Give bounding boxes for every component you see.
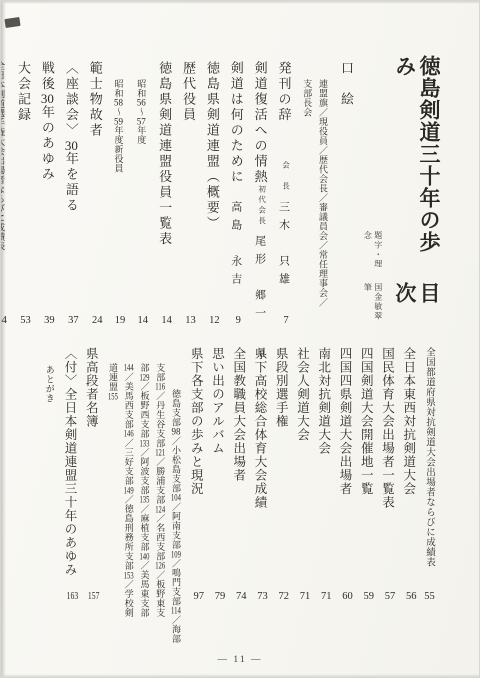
toc-entry-label: 四国四県剣道大会出場者 [337,347,353,496]
toc-entry-label: 〈付〉全日本剣道連盟三十年のあゆみ [62,347,78,577]
toc-entry-label: 範士物故者 [86,61,103,139]
spacer [188,496,204,581]
toc-entry: 昭和58〜59年度新役員19 [110,53,126,325]
toc-entry: 全国都道府県対抗剣道大会出場者ならびに成績表55 [422,339,435,601]
spacer [110,173,126,305]
toc-page-number: 73 [252,591,268,602]
toc-heading: 目次 [393,282,441,325]
toc-entry: 県下高校総合体育大会成績73 [252,339,268,601]
toc-page-number: 79 [209,591,225,602]
toc-page-number: 54 [0,315,7,326]
spacer [41,403,57,601]
toc-entry: 県段別選手権72 [273,339,289,601]
author-title: 初代会長 [251,185,268,227]
toc-entry: 〈付〉全日本剣道連盟三十年のあゆみ163 [62,339,78,601]
toc-entry: 全国教職員大会出場者74 [230,339,246,601]
toc-entry-label: 〈座談会〉30年を語る [62,61,79,214]
toc-entry: 県高段者名簿157 [83,339,99,601]
toc-entry-label: 全日本東西対抗剣道大会 [400,347,416,496]
spacer [358,496,374,581]
toc-entry-label: 徳島県剣道連盟（概要） [203,61,220,232]
spacer [315,455,331,581]
toc-entry: 全日本剣道選手権大会出場者ならびに成績表54 [0,53,7,325]
toc-entry: 大会記録53 [14,53,31,325]
toc-branch-list-entry: 徳島支部98／小松島支部104／阿南支部109／鳴門支部114／海部支部116／… [104,339,183,657]
scan-top-edge [1,1,479,4]
spacer [294,442,310,581]
author-name: 高島 永吉 [227,201,244,291]
toc-entry: 四国四県剣道大会出場者60 [337,339,353,601]
toc-entry-label: 県下高校総合体育大会成績 [252,347,268,509]
spacer [230,482,246,581]
toc-entry: 〈座談会〉30年を語る37 [62,53,79,325]
toc-entry-label: 思い出のアルバム [209,347,225,455]
toc-entry-label: 戦後30年のあゆみ [38,61,55,183]
toc-entry: 思い出のアルバム79 [209,339,225,601]
toc-branch-list-entry: 連盟旗／現役員／歴代会長／審議員会／常任理事会／支部長会 [299,53,331,325]
document-title-column: 徳島剣道三十年の歩み 目次 [393,53,441,325]
toc-entry-label: 国民体育大会出場者一覧表 [379,347,395,509]
toc-page: 徳島剣道三十年の歩み 目次 題字・理念 国金敏翠筆 口 絵連盟旗／現役員／歴代会… [0,0,480,678]
toc-page-number: 97 [188,591,204,602]
toc-entry-label: あとがき [41,365,57,403]
spacer [337,108,354,326]
toc-entry: 発刊の辞会 長三木 只雄7 [275,53,292,325]
toc-entry-label: 全日本剣道選手権大会出場者ならびに成績表 [0,61,7,251]
spacer [273,428,289,581]
toc-page-number: 37 [62,315,79,326]
toc-entry: 歴代役員13 [179,53,196,325]
toc-entry: 徳島県剣道連盟（概要）12 [203,53,220,325]
spacer [38,183,55,305]
spacer [179,123,196,305]
author-title: 会 長 [275,161,292,193]
toc-page-number: 14 [155,315,172,326]
folio-page-number: — 11 — [1,655,479,665]
toc-entry-label: 昭和58〜59年度新役員 [110,79,126,173]
toc-entry: あとがき [41,339,57,601]
toc-page-number: 60 [337,591,353,602]
toc-lower-section: 全国都道府県対抗剣道大会出場者ならびに成績表55全日本東西対抗剣道大会56国民体… [15,339,435,601]
toc-page-number: 59 [358,591,374,602]
spacer [62,577,78,581]
author-name: 三木 只雄 [275,201,292,291]
spacer [86,139,103,305]
toc-entry: 社会人剣道大会71 [294,339,310,601]
spacer [155,247,172,305]
toc-entry-label: 剣道復活への情熱 [251,61,268,185]
spacer [252,509,268,581]
spacer [132,145,148,305]
toc-upper-section: 徳島剣道三十年の歩み 目次 題字・理念 国金敏翠筆 口 絵連盟旗／現役員／歴代会… [27,53,441,325]
toc-page-number: 56 [400,591,416,602]
toc-entry: 剣道復活への情熱初代会長尾形 郷一8 [251,53,268,325]
toc-page-number: 13 [179,315,196,326]
toc-entry: 範士物故者24 [86,53,103,325]
toc-entry-label: 社会人剣道大会 [294,347,310,442]
spacer [203,232,220,305]
spacer [227,185,244,201]
toc-page-number: 7 [275,315,292,326]
toc-entry: 戦後30年のあゆみ39 [38,53,55,325]
toc-page-number: 39 [38,315,55,326]
toc-entry-label: 県高段者名簿 [83,347,99,428]
spacer [400,496,416,581]
toc-entry-label: 県段別選手権 [273,347,289,428]
author-name: 尾形 郷一 [251,235,268,325]
toc-entry: 県下各支部の歩みと現況97 [188,339,204,601]
toc-entry: 南北対抗剣道大会71 [315,339,331,601]
toc-entry: 国民体育大会出場者一覧表57 [379,339,395,601]
toc-page-number: 71 [294,591,310,602]
spacer [422,567,435,581]
toc-entry-label: 全国都道府県対抗剣道大会出場者ならびに成績表 [422,347,435,567]
toc-entry-label: 歴代役員 [179,61,196,123]
title-note-line1: 題字・理念 [362,231,383,274]
title-calligraphy-note: 題字・理念 国金敏翠筆 [362,53,383,325]
toc-entry-label: 口 絵 [337,61,354,108]
toc-entry-label: 徳島支部98／小松島支部104／阿南支部109／鳴門支部114／海部支部116／… [104,363,183,644]
toc-entry-label: 発刊の辞 [275,61,292,123]
spacer [14,123,31,305]
toc-entry-label: 南北対抗剣道大会 [315,347,331,455]
toc-page-number: 71 [315,591,331,602]
toc-entry-label: 全国教職員大会出場者 [230,347,246,482]
toc-page-number: 57 [379,591,395,602]
toc-page-number: 12 [203,315,220,326]
toc-entry-label: 大会記録 [14,61,31,123]
toc-page-number: 24 [86,315,103,326]
scan-bottom-edge [1,674,479,677]
toc-entry: 四国剣道大会開催地一覧59 [358,339,374,601]
toc-page-number: 157 [83,591,99,602]
toc-entry-label: 剣道は何のために [227,61,244,185]
document-title: 徳島剣道三十年の歩み [393,55,441,262]
toc-entry: 口 絵 [337,53,354,325]
spacer [337,496,353,581]
toc-page-number: 53 [14,315,31,326]
spacer [299,307,331,325]
toc-page-number: 9 [227,315,244,326]
toc-entry-label: 徳島県剣道連盟役員一覧表 [155,61,172,247]
spacer [62,214,79,305]
toc-page-number: 55 [422,591,435,602]
title-note-line2: 国金敏翠筆 [362,283,383,326]
toc-entry-label: 連盟旗／現役員／歴代会長／審議員会／常任理事会／支部長会 [299,79,331,307]
toc-page-number: 72 [273,591,289,602]
toc-page-number: 14 [132,315,148,326]
toc-entry: 昭和56〜57年度14 [132,53,148,325]
spacer [275,123,292,161]
toc-entry-label: 四国剣道大会開催地一覧 [358,347,374,496]
toc-entry: 剣道は何のために高島 永吉9 [227,53,244,325]
toc-page-number: 163 [62,591,78,602]
toc-entry: 全日本東西対抗剣道大会56 [400,339,416,601]
toc-page-number: 74 [230,591,246,602]
spacer [379,509,395,581]
toc-page-number: 19 [110,315,126,326]
spacer [0,251,7,305]
spacer [83,428,99,581]
toc-entry: 徳島県剣道連盟役員一覧表14 [155,53,172,325]
toc-entry-label: 昭和56〜57年度 [132,79,148,145]
scan-corner-mark [4,17,20,28]
toc-entry-label: 県下各支部の歩みと現況 [188,347,204,496]
spacer [209,455,225,581]
